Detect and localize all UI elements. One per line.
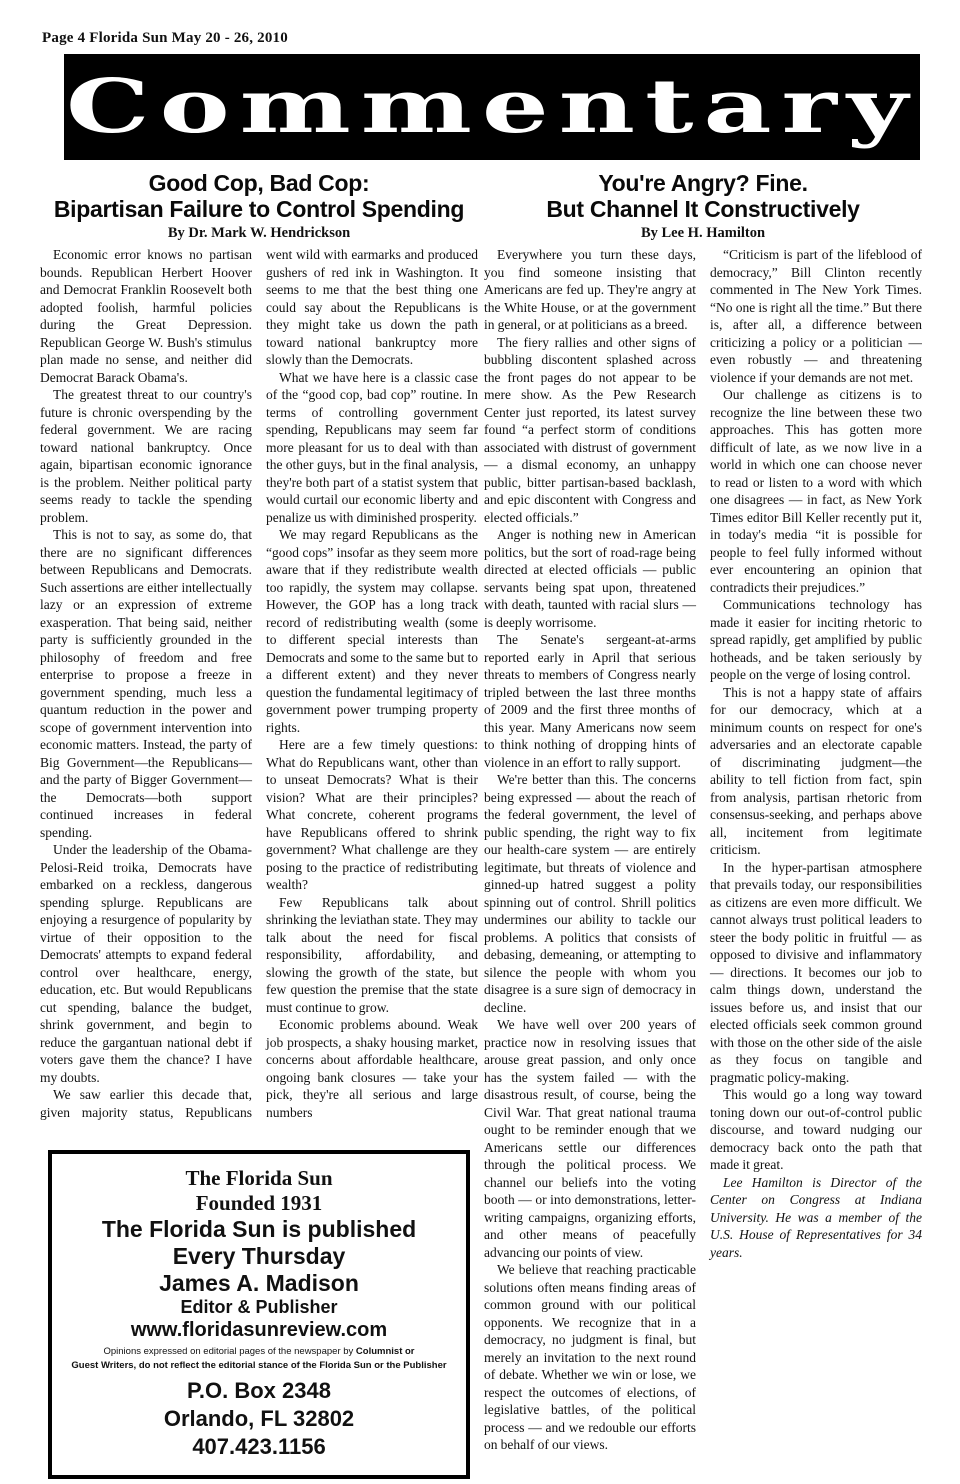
masthead-publisher-title: Editor & Publisher: [58, 1297, 460, 1318]
paragraph: The greatest threat to our country's fut…: [40, 386, 252, 526]
page-header: Page 4 Florida Sun May 20 - 26, 2010: [42, 30, 922, 47]
article-left-title-line2: Bipartisan Failure to Control Spending: [40, 196, 478, 222]
masthead-box: The Florida Sun Founded 1931 The Florida…: [48, 1150, 470, 1479]
masthead-disclaimer: Opinions expressed on editorial pages of…: [58, 1345, 460, 1373]
masthead-published-line1: The Florida Sun is published: [58, 1216, 460, 1243]
paragraph: We believe that reaching practicable sol…: [484, 1261, 696, 1454]
article-left-body: Economic error knows no partisan bounds.…: [40, 246, 478, 1138]
paragraph: What we have here is a classic case of t…: [266, 369, 478, 527]
commentary-banner: Commentary: [64, 54, 920, 160]
disclaimer-bold: Columnist or: [356, 1346, 415, 1357]
disclaimer-regular: Opinions expressed on editorial pages of…: [103, 1346, 355, 1357]
paragraph: This is not to say, as some do, that the…: [40, 526, 252, 841]
banner-title: Commentary: [66, 70, 918, 144]
paragraph: Anger is nothing new in American politic…: [484, 526, 696, 631]
paragraph: Economic problems abound. Weak job prosp…: [266, 1016, 478, 1121]
masthead-phone: 407.423.1156: [58, 1433, 460, 1461]
paragraph: This is not a happy state of affairs for…: [710, 684, 922, 859]
disclaimer-line2: Guest Writers, do not reflect the editor…: [71, 1360, 446, 1371]
paragraph: This would go a long way toward toning d…: [710, 1086, 922, 1174]
masthead-founded: Founded 1931: [58, 1191, 460, 1216]
paragraph: We may regard Republicans as the “good c…: [266, 526, 478, 736]
masthead-website: www.floridasunreview.com: [58, 1318, 460, 1342]
masthead-name: The Florida Sun: [58, 1166, 460, 1191]
paragraph: Economic error knows no partisan bounds.…: [40, 246, 252, 386]
paragraph: “Criticism is part of the lifeblood of d…: [710, 246, 922, 386]
paragraph: Everywhere you turn these days, you find…: [484, 246, 696, 334]
masthead-city: Orlando, FL 32802: [58, 1405, 460, 1433]
paragraph: Here are a few timely questions: What do…: [266, 736, 478, 894]
paragraph: We're better than this. The concerns bei…: [484, 771, 696, 1016]
article-left-title-line1: Good Cop, Bad Cop:: [40, 170, 478, 196]
article-youre-angry: You're Angry? Fine. But Channel It Const…: [484, 170, 922, 1479]
author-bio: Lee Hamilton is Director of the Center o…: [710, 1174, 922, 1262]
masthead-po-box: P.O. Box 2348: [58, 1377, 460, 1405]
paragraph: We have well over 200 years of practice …: [484, 1016, 696, 1261]
articles-container: Good Cop, Bad Cop: Bipartisan Failure to…: [40, 170, 922, 1479]
article-right-body: Everywhere you turn these days, you find…: [484, 246, 922, 1464]
masthead-published-line2: Every Thursday: [58, 1243, 460, 1270]
paragraph: The fiery rallies and other signs of bub…: [484, 334, 696, 527]
newspaper-page: Page 4 Florida Sun May 20 - 26, 2010 Com…: [0, 0, 960, 1484]
article-right-title-line1: You're Angry? Fine.: [484, 170, 922, 196]
paragraph: Few Republicans talk about shrinking the…: [266, 894, 478, 1017]
article-right-header: You're Angry? Fine. But Channel It Const…: [484, 170, 922, 242]
article-right-title-line2: But Channel It Constructively: [484, 196, 922, 222]
paragraph: In the hyper-partisan atmosphere that pr…: [710, 859, 922, 1087]
masthead-address: P.O. Box 2348 Orlando, FL 32802 407.423.…: [58, 1377, 460, 1461]
article-right-byline: By Lee H. Hamilton: [484, 225, 922, 242]
article-good-cop-bad-cop: Good Cop, Bad Cop: Bipartisan Failure to…: [40, 170, 478, 1479]
paragraph: Communications technology has made it ea…: [710, 596, 922, 684]
article-left-byline: By Dr. Mark W. Hendrickson: [40, 225, 478, 242]
paragraph: Our challenge as citizens is to recogniz…: [710, 386, 922, 596]
paragraph: The Senate's sergeant-at-arms reported e…: [484, 631, 696, 771]
article-left-header: Good Cop, Bad Cop: Bipartisan Failure to…: [40, 170, 478, 242]
paragraph: Under the leadership of the Obama-Pelosi…: [40, 841, 252, 1086]
masthead-publisher-name: James A. Madison: [58, 1270, 460, 1297]
